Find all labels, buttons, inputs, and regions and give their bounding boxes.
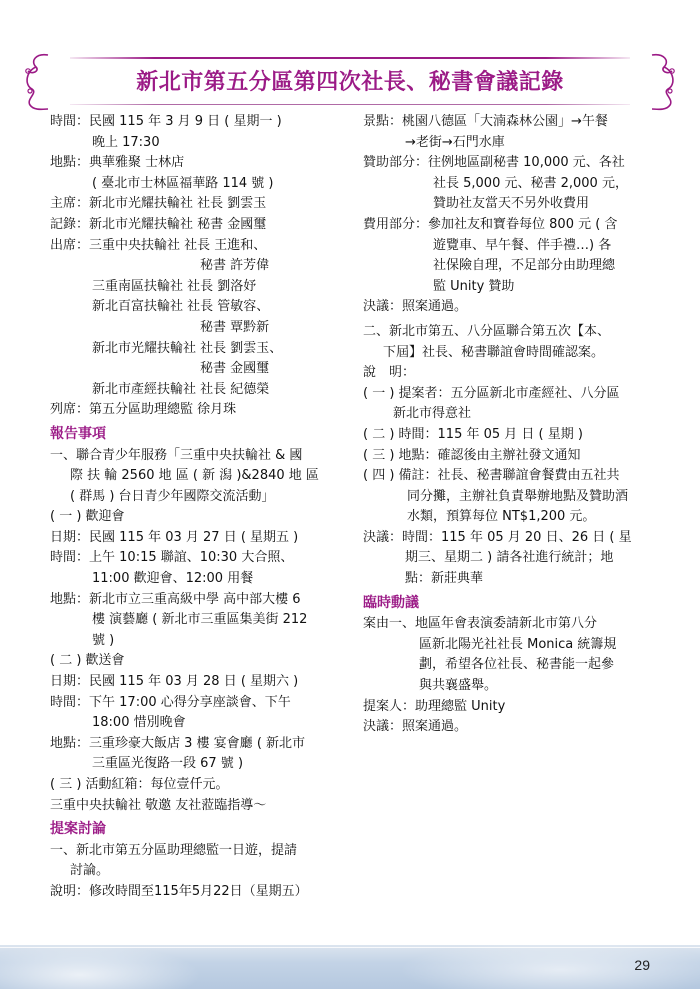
meeting-time: 時間： 民國 115 年 3 月 9 日 ( 星期一 ) (50, 112, 350, 133)
attendees: 出席： 三重中央扶輪社 社長 王進和、 (50, 236, 350, 257)
banner-bottom-rule (70, 104, 630, 105)
page-title: 新北市第五分區第四次社長、秘書會議記錄 (22, 65, 678, 96)
attendee-line: 秘書 金國璽 (50, 359, 350, 380)
banner-top-rule (70, 57, 630, 59)
proposer: 提案人： 助理總監 Unity (363, 697, 663, 718)
farewell-title: ( 二 ) 歡送會 (50, 651, 350, 672)
attendee-line: 秘書 覃黔新 (50, 318, 350, 339)
ornament-scroll-icon (648, 51, 678, 113)
meeting-recorder: 記錄： 新北市光耀扶輪社 秘書 金國璽 (50, 215, 350, 236)
trip-spots: 景點： 桃園八德區「大湳森林公園」→午餐 (363, 112, 663, 133)
observer: 列席： 第五分區助理總監 徐月珠 (50, 400, 350, 421)
proposal-item-1: 一、 新北市第五分區助理總監一日遊，提請 (50, 841, 350, 862)
attendee-line: 新北百富扶輪社 社長 管敏容、 (50, 297, 350, 318)
meeting-place: 地點： 典華雅聚 士林店 (50, 153, 350, 174)
page-footer: 29 (0, 945, 700, 989)
resolution-3: 決議： 照案通過。 (363, 717, 663, 738)
footer-highlight (0, 947, 700, 948)
resolution-2: 決議： 時間：115 年 05 月 20 日、26 日 ( 星 (363, 528, 663, 549)
adhoc-item-1: 案由一、 地區年會表演委請新北市第八分 (363, 614, 663, 635)
left-column: 時間： 民國 115 年 3 月 9 日 ( 星期一 ) 晚上 17:30 地點… (50, 112, 350, 903)
title-banner: 新北市第五分區第四次社長、秘書會議記錄 (22, 55, 678, 107)
page-number: 29 (634, 957, 650, 973)
section-heading-adhoc: 臨時動議 (363, 593, 663, 614)
meeting-chair: 主席： 新北市光耀扶輪社 社長 劉雲玉 (50, 194, 350, 215)
right-column: 景點： 桃園八德區「大湳森林公園」→午餐 →老街→石門水庫 贊助部分： 往例地區… (363, 112, 663, 738)
resolution-1: 決議： 照案通過。 (363, 297, 663, 318)
attendee-line: 新北市產經扶輪社 社長 紀德榮 (50, 380, 350, 401)
attendee-line: 三重南區扶輪社 社長 劉洛妤 (50, 277, 350, 298)
proposal-item-2: 二、 新北市第五、八分區聯合第五次【本、 (363, 322, 663, 343)
attendee-line: 秘書 許芳偉 (50, 256, 350, 277)
section-heading-proposal: 提案討論 (50, 819, 350, 840)
gift-line: ( 三 ) 活動紅箱：每位壹仟元。 (50, 775, 350, 796)
invite-line: 三重中央扶輪社 敬邀 友社蒞臨指導～ (50, 796, 350, 817)
report-item-1: 一、 聯合青少年服務「三重中央扶輪社 & 國 (50, 446, 350, 467)
welcome-title: ( 一 ) 歡迎會 (50, 507, 350, 528)
fee-section: 費用部分： 參加社友和寶眷每位 800 元 ( 含 (363, 215, 663, 236)
sponsor-section: 贊助部分： 往例地區副秘書 10,000 元、各社 (363, 153, 663, 174)
attendee-line: 新北市光耀扶輪社 社長 劉雲玉、 (50, 339, 350, 360)
section-heading-report: 報告事項 (50, 424, 350, 445)
